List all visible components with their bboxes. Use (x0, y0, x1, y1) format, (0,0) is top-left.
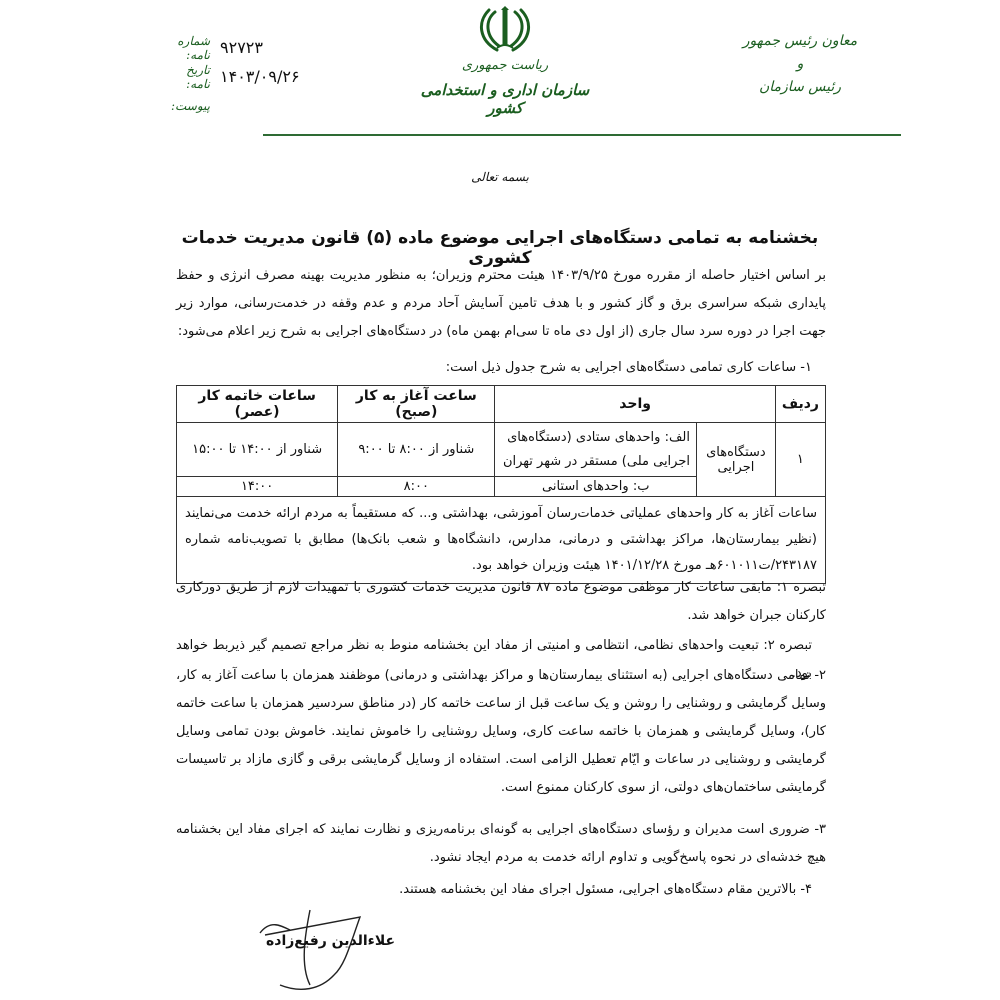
end-time-cell: ۱۴:۰۰ (177, 477, 338, 497)
row-number-cell: ۱ (775, 423, 825, 497)
item-2: ۲- تمامی دستگاه‌های اجرایی (به استثنای ب… (176, 662, 826, 802)
letter-meta: شماره نامه: ۹۲۷۲۳ تاریخ نامه: ۱۴۰۳/۰۹/۲۶… (160, 33, 320, 120)
bismillah: بسمه تعالی (440, 170, 560, 184)
signature-scribble-icon (250, 905, 450, 995)
col-header-row-number: ردیف (775, 386, 825, 423)
issuer-title: معاون رئیس جمهور و رئیس سازمان (730, 30, 870, 99)
start-time-cell: ۸:۰۰ (338, 477, 495, 497)
note-1: تبصره ۱: مابقی ساعات کار موظفی موضوع ماد… (176, 574, 826, 630)
organization-name: سازمان اداری و استخدامی کشور (405, 81, 605, 117)
item-3: ۳- ضروری است مدیران و رؤسای دستگاه‌های ا… (176, 816, 826, 872)
signature-block: علاءالدین رفیع‌زاده (250, 905, 450, 995)
issuer-title-line-1: معاون رئیس جمهور (730, 30, 870, 53)
group-cell: دستگاه‌های اجرایی (697, 423, 776, 497)
iran-emblem-icon (475, 4, 535, 52)
letter-number-value: ۹۲۷۲۳ (210, 38, 320, 57)
letter-date-row: تاریخ نامه: ۱۴۰۳/۰۹/۲۶ (160, 62, 320, 91)
issuer-title-line-2: و (730, 53, 870, 76)
letterhead: ریاست جمهوری سازمان اداری و استخدامی کشو… (405, 0, 605, 117)
letter-date-value: ۱۴۰۳/۰۹/۲۶ (210, 67, 320, 86)
working-hours-table: ردیف واحد ساعت آغاز به کار (صبح) ساعات خ… (176, 385, 826, 584)
intro-paragraph: بر اساس اختیار حاصله از مقرره مورخ ۱۴۰۳/… (176, 262, 826, 346)
item-1: ۱- ساعات کاری تمامی دستگاه‌های اجرایی به… (176, 354, 826, 382)
letter-number-row: شماره نامه: ۹۲۷۲۳ (160, 33, 320, 62)
table-note-row: ساعات آغاز به کار واحدهای عملیاتی خدمات‌… (177, 497, 826, 584)
col-header-start: ساعت آغاز به کار (صبح) (338, 386, 495, 423)
presidency-label: ریاست جمهوری (405, 58, 605, 73)
start-time-cell: شناور از ۸:۰۰ تا ۹:۰۰ (338, 423, 495, 477)
unit-cell: الف: واحدهای ستادی (دستگاه‌های اجرایی مل… (495, 423, 697, 477)
table-note: ساعات آغاز به کار واحدهای عملیاتی خدمات‌… (177, 497, 826, 584)
unit-cell: ب: واحدهای استانی (495, 477, 697, 497)
col-header-end: ساعات خاتمه کار (عصر) (177, 386, 338, 423)
item-4: ۴- بالاترین مقام دستگاه‌های اجرایی، مسئو… (176, 876, 826, 904)
attachment-label: پیوست: (160, 99, 210, 113)
table-row: ۱ دستگاه‌های اجرایی الف: واحدهای ستادی (… (177, 423, 826, 477)
attachment-row: پیوست: (160, 91, 320, 120)
header-divider (263, 134, 901, 136)
table-header-row: ردیف واحد ساعت آغاز به کار (صبح) ساعات خ… (177, 386, 826, 423)
letter-number-label: شماره نامه: (160, 34, 210, 62)
col-header-unit: واحد (495, 386, 775, 423)
signatory-name: علاءالدین رفیع‌زاده (266, 933, 395, 949)
letter-date-label: تاریخ نامه: (160, 63, 210, 91)
issuer-title-line-3: رئیس سازمان (730, 76, 870, 99)
end-time-cell: شناور از ۱۴:۰۰ تا ۱۵:۰۰ (177, 423, 338, 477)
